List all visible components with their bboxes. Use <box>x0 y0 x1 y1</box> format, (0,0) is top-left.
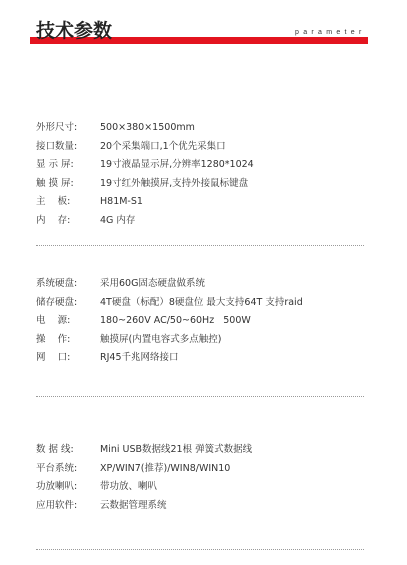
spec-label: 数 据 线: <box>36 442 100 458</box>
spec-label: 平台系统: <box>36 461 100 477</box>
spec-value: H81M-S1 <box>100 194 143 210</box>
spec-value: RJ45千兆网络接口 <box>100 350 179 366</box>
spec-value: XP/WIN7(推荐)/WIN8/WIN10 <box>100 461 230 477</box>
spec-value: 云数据管理系统 <box>100 498 167 514</box>
spec-section-hardware: 外形尺寸: 500×380×1500mm 接口数量: 20个采集端口,1个优先采… <box>36 120 366 230</box>
spec-label: 储存硬盘: <box>36 295 100 311</box>
page-header: 技术参数 parameter <box>0 0 407 50</box>
section-divider <box>36 396 364 397</box>
section-divider <box>36 245 364 246</box>
spec-label: 操 作: <box>36 332 100 348</box>
spec-value: 180~260V AC/50~60Hz 500W <box>100 313 251 329</box>
spec-label: 应用软件: <box>36 498 100 514</box>
page-subtitle: parameter <box>295 28 366 37</box>
spec-value: Mini USB数据线21根 弹簧式数据线 <box>100 442 252 458</box>
spec-value: 19寸液晶显示屏,分辨率1280*1024 <box>100 157 254 173</box>
spec-value: 500×380×1500mm <box>100 120 195 136</box>
section-divider <box>36 549 364 550</box>
spec-value: 4T硬盘（标配）8硬盘位 最大支持64T 支持raid <box>100 295 303 311</box>
spec-value: 触摸屏(内置电容式多点触控) <box>100 332 221 348</box>
spec-label: 系统硬盘: <box>36 276 100 292</box>
spec-value: 19寸红外触摸屏,支持外接鼠标键盘 <box>100 176 248 192</box>
page-title: 技术参数 <box>36 20 112 42</box>
spec-value: 20个采集端口,1个优先采集口 <box>100 139 226 155</box>
spec-label: 外形尺寸: <box>36 120 100 136</box>
spec-label: 触 摸 屏: <box>36 176 100 192</box>
spec-value: 4G 内存 <box>100 213 135 229</box>
spec-label: 功放喇叭: <box>36 479 100 495</box>
spec-section-software: 数 据 线: Mini USB数据线21根 弹簧式数据线 平台系统: XP/WI… <box>36 442 366 522</box>
spec-value: 采用60G固态硬盘做系统 <box>100 276 205 292</box>
spec-value: 带功放、喇叭 <box>100 479 157 495</box>
spec-label: 显 示 屏: <box>36 157 100 173</box>
spec-section-storage: 系统硬盘: 采用60G固态硬盘做系统 储存硬盘: 4T硬盘（标配）8硬盘位 最大… <box>36 276 366 371</box>
spec-label: 电 源: <box>36 313 100 329</box>
spec-label: 接口数量: <box>36 139 100 155</box>
spec-label: 网 口: <box>36 350 100 366</box>
spec-label: 主 板: <box>36 194 100 210</box>
spec-label: 内 存: <box>36 213 100 229</box>
